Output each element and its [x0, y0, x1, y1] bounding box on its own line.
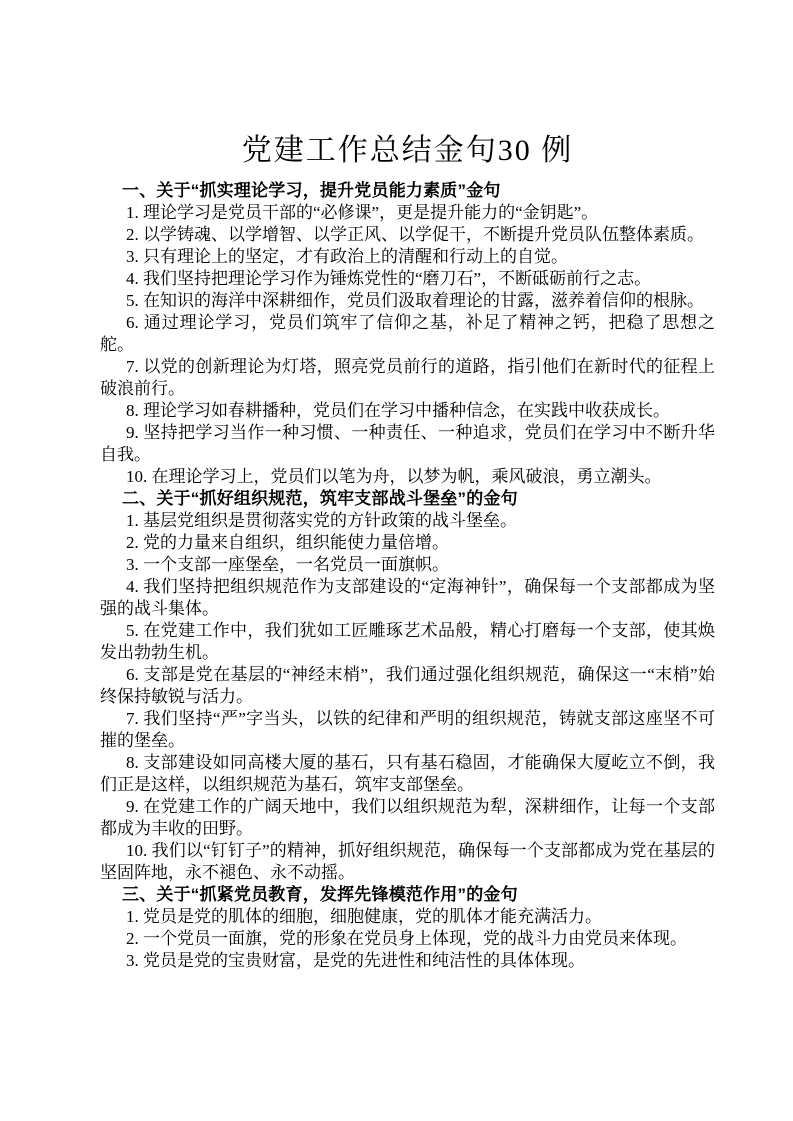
document-page: 党建工作总结金句30 例 一、关于“抓实理论学习，提升党员能力素质”金句 1. … — [0, 0, 793, 1121]
list-item: 2. 党的力量来自组织，组织能使力量倍增。 — [100, 532, 715, 554]
list-item: 8. 支部建设如同高楼大厦的基石，只有基石稳固，才能确保大厦屹立不倒，我们正是这… — [100, 752, 715, 796]
list-item: 1. 理论学习是党员干部的“必修课”，更是提升能力的“金钥匙”。 — [100, 202, 715, 224]
list-item: 3. 党员是党的宝贵财富，是党的先进性和纯洁性的具体体现。 — [100, 950, 715, 972]
list-item: 5. 在知识的海洋中深耕细作，党员们汲取着理论的甘露，滋养着信仰的根脉。 — [100, 290, 715, 312]
list-item: 7. 以党的创新理论为灯塔，照亮党员前行的道路，指引他们在新时代的征程上破浪前行… — [100, 356, 715, 400]
list-item: 3. 一个支部一座堡垒，一名党员一面旗帜。 — [100, 554, 715, 576]
list-item: 10. 我们以“钉钉子”的精神，抓好组织规范，确保每一个支部都成为党在基层的坚固… — [100, 840, 715, 884]
list-item: 4. 我们坚持把理论学习作为锤炼党性的“磨刀石”，不断砥砺前行之志。 — [100, 268, 715, 290]
list-item: 1. 基层党组织是贯彻落实党的方针政策的战斗堡垒。 — [100, 510, 715, 532]
list-item: 9. 坚持把学习当作一种习惯、一种责任、一种追求，党员们在学习中不断升华自我。 — [100, 422, 715, 466]
section-heading: 三、关于“抓紧党员教育，发挥先锋模范作用”的金句 — [100, 884, 715, 906]
list-item: 5. 在党建工作中，我们犹如工匠雕琢艺术品般，精心打磨每一个支部，使其焕发出勃勃… — [100, 620, 715, 664]
section-heading: 二、关于“抓好组织规范，筑牢支部战斗堡垒”的金句 — [100, 488, 715, 510]
list-item: 1. 党员是党的肌体的细胞，细胞健康，党的肌体才能充满活力。 — [100, 906, 715, 928]
list-item: 7. 我们坚持“严”字当头，以铁的纪律和严明的组织规范，铸就支部这座坚不可摧的堡… — [100, 708, 715, 752]
list-item: 6. 支部是党在基层的“神经末梢”，我们通过强化组织规范，确保这一“末梢”始终保… — [100, 664, 715, 708]
list-item: 9. 在党建工作的广阔天地中，我们以组织规范为犁，深耕细作，让每一个支部都成为丰… — [100, 796, 715, 840]
section-heading: 一、关于“抓实理论学习，提升党员能力素质”金句 — [100, 180, 715, 202]
list-item: 8. 理论学习如春耕播种，党员们在学习中播种信念，在实践中收获成长。 — [100, 400, 715, 422]
list-item: 2. 以学铸魂、以学增智、以学正风、以学促干，不断提升党员队伍整体素质。 — [100, 224, 715, 246]
list-item: 10. 在理论学习上，党员们以笔为舟，以梦为帆，乘风破浪，勇立潮头。 — [100, 466, 715, 488]
list-item: 3. 只有理论上的坚定，才有政治上的清醒和行动上的自觉。 — [100, 246, 715, 268]
page-title: 党建工作总结金句30 例 — [100, 131, 715, 171]
list-item: 4. 我们坚持把组织规范作为支部建设的“定海神针”，确保每一个支部都成为坚强的战… — [100, 576, 715, 620]
list-item: 6. 通过理论学习，党员们筑牢了信仰之基，补足了精神之钙，把稳了思想之舵。 — [100, 312, 715, 356]
list-item: 2. 一个党员一面旗，党的形象在党员身上体现，党的战斗力由党员来体现。 — [100, 928, 715, 950]
